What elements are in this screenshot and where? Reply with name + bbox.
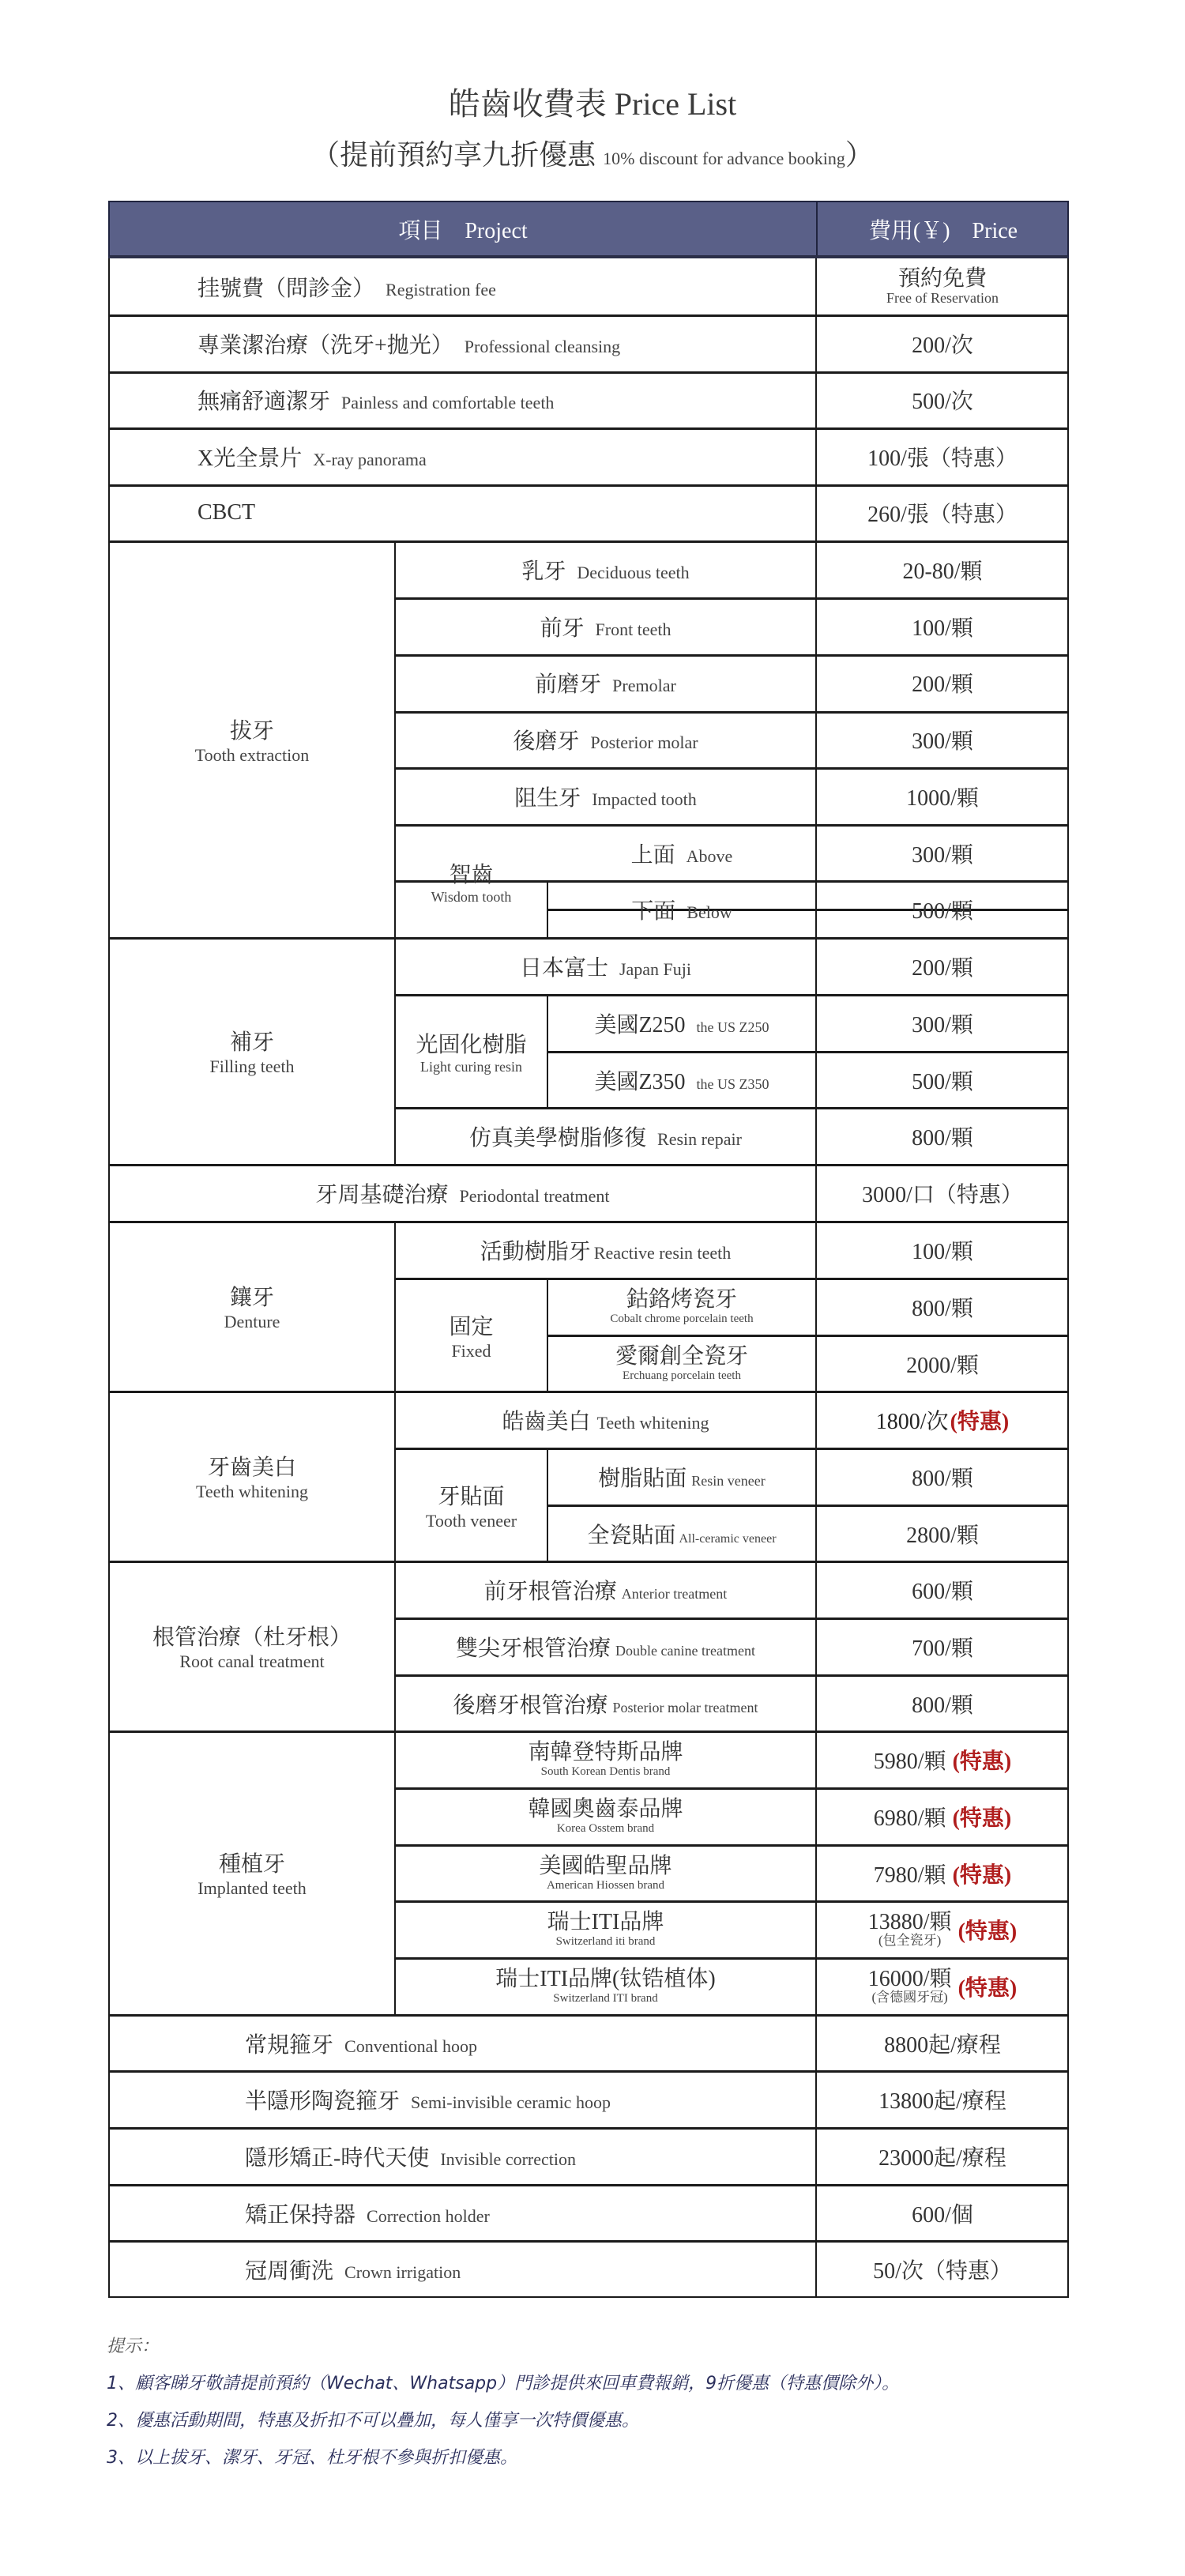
wisdom-item: 下面Below <box>548 881 815 937</box>
item-en: Registration fee <box>386 280 496 300</box>
row-tail: 冠周衝洗Crown irrigation <box>245 2241 814 2297</box>
item-zh: X光全景片 <box>197 441 302 473</box>
row-painless: 無痛舒適潔牙Painless and comfortable teeth <box>197 371 814 427</box>
item-zh: 全瓷貼面 <box>587 1518 675 1550</box>
item-en: Front teeth <box>596 620 671 640</box>
veneer-item: 全瓷貼面All-ceramic veneer <box>548 1505 815 1561</box>
veneer-price: 800/顆 <box>817 1448 1068 1505</box>
price-value: 600/個 <box>912 2198 973 2229</box>
fixed-price: 2000/顆 <box>817 1335 1068 1392</box>
light-resin-item: 美國Z350the US Z350 <box>548 1052 815 1108</box>
item-zh: 下面 <box>631 894 675 925</box>
special-badge: (特惠) <box>950 1404 1010 1436</box>
item-en: Anterior treatment <box>622 1586 727 1602</box>
item-zh: 後磨牙 <box>513 724 579 755</box>
group-zh: 鑲牙 <box>230 1280 274 1312</box>
item-zh: 仿真美學樹脂修復 <box>469 1120 646 1152</box>
page-subtitle: （提前預約享九折優惠 10% discount for advance book… <box>0 136 1185 178</box>
item-en: Periodontal treatment <box>460 1186 610 1207</box>
implant-item: 美國皓聖品牌American Hiossen brand <box>396 1845 815 1901</box>
group-en: Filling teeth <box>210 1056 295 1077</box>
item-zh: 美國Z250 <box>594 1007 685 1039</box>
group-zh: 智齒 <box>449 857 493 889</box>
price-value: 3000/口（特惠） <box>862 1177 1023 1209</box>
price-note: Free of Reservation <box>886 291 999 306</box>
item-en: Posterior molar <box>590 733 698 753</box>
root-canal-price: 600/顆 <box>817 1561 1068 1618</box>
price-value: 800/顆 <box>912 1120 973 1152</box>
fixed-group: 固定 Fixed <box>396 1279 547 1392</box>
price-tail: 600/個 <box>817 2185 1068 2241</box>
item-en: Impacted tooth <box>592 789 697 810</box>
filling-item: 仿真美學樹脂修復Resin repair <box>396 1108 815 1164</box>
group-zh: 牙貼面 <box>438 1479 504 1511</box>
subtitle-zh: （提前預約享九折優惠 <box>311 139 596 171</box>
implant-price: 7980/顆(特惠) <box>817 1845 1068 1901</box>
notes-section: 提示： 1、顧客睇牙敬請提前預約（Wechat、Whatsapp）門診提供來回車… <box>107 2328 899 2476</box>
item-zh: 瑞士ITI品牌 <box>547 1911 664 1935</box>
root-canal-item: 後磨牙根管治療Posterior molar treatment <box>396 1675 815 1731</box>
extraction-item: 乳牙Deciduous teeth <box>396 541 815 597</box>
item-en: Conventional hoop <box>344 2036 477 2057</box>
item-en: Japan Fuji <box>619 959 691 980</box>
price-value: 800/顆 <box>912 1688 973 1719</box>
item-en: Korea Osstem brand <box>557 1822 654 1836</box>
item-zh: 瑞士ITI品牌(钛锆植体) <box>495 1968 715 1992</box>
light-resin-price: 300/顆 <box>817 995 1068 1051</box>
implant-price: 16000/顆(含德國牙冠) (特惠) <box>817 1958 1068 2014</box>
group-zh: 拔牙 <box>230 714 274 745</box>
item-en: Deciduous teeth <box>577 563 689 583</box>
price-value: 2000/顆 <box>906 1348 979 1380</box>
price-value: 300/顆 <box>912 724 973 755</box>
price-value: 500/顆 <box>912 1064 973 1096</box>
page-title: 皓齒收費表 Price List <box>0 82 1185 126</box>
row-periodontal: 牙周基礎治療Periodontal treatment <box>110 1165 815 1221</box>
row-tail: 常規箍牙Conventional hoop <box>245 2015 814 2071</box>
group-en: Denture <box>224 1312 280 1332</box>
row-registration: 挂號費（問診金）Registration fee <box>197 258 814 314</box>
item-en: the US Z250 <box>697 1019 769 1036</box>
item-en: the US Z350 <box>697 1076 769 1093</box>
item-zh: 美國皓聖品牌 <box>539 1855 671 1879</box>
extraction-price: 20-80/顆 <box>817 541 1068 597</box>
item-en: American Hiossen brand <box>547 1879 664 1892</box>
note-item: 3、以上拔牙、潔牙、牙冠、杜牙根不參與折扣優惠。 <box>107 2439 899 2476</box>
item-en: Posterior molar treatment <box>613 1700 758 1716</box>
root-canal-item: 前牙根管治療Anterior treatment <box>396 1561 815 1618</box>
item-en: Switzerland ITI brand <box>553 1992 657 2005</box>
item-zh: 雙尖牙根管治療 <box>456 1631 611 1663</box>
group-root-canal: 根管治療（杜牙根） Root canal treatment <box>110 1561 394 1731</box>
group-extraction: 拔牙 Tooth extraction <box>110 541 394 938</box>
item-en: Switzerland iti brand <box>556 1935 656 1949</box>
veneer-price: 2800/顆 <box>817 1505 1068 1561</box>
item-zh: 南韓登特斯品牌 <box>528 1741 683 1765</box>
item-zh: 無痛舒適潔牙 <box>197 384 330 416</box>
extraction-price: 100/顆 <box>817 598 1068 654</box>
root-canal-price: 700/顆 <box>817 1618 1068 1674</box>
item-zh: 前牙根管治療 <box>484 1574 617 1606</box>
extraction-price: 200/顆 <box>817 654 1068 710</box>
extraction-price: 300/顆 <box>817 711 1068 767</box>
price-value: 200/次 <box>912 328 973 360</box>
item-zh: 樹脂貼面 <box>598 1461 687 1493</box>
item-en: Crown irrigation <box>344 2262 461 2283</box>
implant-price: 6980/顆(特惠) <box>817 1788 1068 1844</box>
item-zh: CBCT <box>197 500 255 525</box>
price-stack: 16000/顆(含德國牙冠) <box>868 1968 952 2005</box>
item-zh: 挂號費（問診金） <box>197 271 374 303</box>
price-value: 800/顆 <box>912 1291 973 1323</box>
subtitle-close: ） <box>845 139 874 171</box>
price-value: 13800起/療程 <box>878 2084 1006 2115</box>
group-en: Light curing resin <box>420 1059 522 1075</box>
price-tail: 8800起/療程 <box>817 2015 1068 2071</box>
row-tail: 隱形矯正-時代天使Invisible correction <box>245 2128 814 2184</box>
item-zh: 鈷鉻烤瓷牙 <box>626 1288 737 1312</box>
price-tail: 50/次（特惠） <box>817 2241 1068 2297</box>
col-project-header: 項目 Project <box>110 202 816 255</box>
price-value: 600/顆 <box>912 1574 973 1606</box>
extraction-price: 1000/顆 <box>817 768 1068 824</box>
subtitle-en: 10% discount for advance booking <box>603 149 845 168</box>
item-en: Cobalt chrome porcelain teeth <box>610 1312 753 1326</box>
item-zh: 前牙 <box>540 611 585 642</box>
item-en: Professional cleansing <box>465 337 620 357</box>
item-en: Premolar <box>612 676 676 696</box>
group-zh: 種植牙 <box>219 1847 285 1878</box>
item-zh: 上面 <box>631 838 675 869</box>
special-badge: (特惠) <box>953 1744 1012 1776</box>
row-cbct: CBCT <box>197 484 814 540</box>
price-value: 預約免費 <box>898 267 987 290</box>
extraction-item: 阻生牙Impacted tooth <box>396 768 815 824</box>
implant-price: 5980/顆(特惠) <box>817 1731 1068 1787</box>
table-header: 項目 Project 費用(￥) Price <box>108 201 1069 258</box>
item-en: South Korean Dentis brand <box>541 1765 671 1779</box>
light-resin-price: 500/顆 <box>817 1052 1068 1108</box>
price-value: 7980/顆 <box>874 1858 946 1889</box>
item-en: Painless and comfortable teeth <box>341 393 554 413</box>
group-en: Root canal treatment <box>179 1651 324 1672</box>
item-en: Resin veneer <box>691 1473 765 1489</box>
special-badge: (特惠) <box>953 1801 1012 1832</box>
fixed-price: 800/顆 <box>817 1279 1068 1335</box>
item-en: Below <box>687 902 732 923</box>
note-item: 1、顧客睇牙敬請提前預約（Wechat、Whatsapp）門診提供來回車費報銷，… <box>107 2365 899 2402</box>
item-zh: 日本富士 <box>520 951 608 982</box>
group-zh: 牙齒美白 <box>208 1450 296 1482</box>
item-zh: 後磨牙根管治療 <box>453 1688 608 1719</box>
price-value: 6980/顆 <box>874 1801 946 1832</box>
veneer-item: 樹脂貼面Resin veneer <box>548 1448 815 1505</box>
price-value: 13880/顆 <box>868 1911 952 1934</box>
price-value: 23000起/療程 <box>878 2141 1006 2172</box>
price-value: 700/顆 <box>912 1631 973 1663</box>
price-value: 8800起/療程 <box>884 2028 1001 2059</box>
implant-item: 韓國奧齒泰品牌Korea Osstem brand <box>396 1788 815 1844</box>
item-en: All-ceramic veneer <box>679 1532 776 1546</box>
price-value: 1800/次 <box>876 1404 949 1436</box>
group-en: Tooth veneer <box>426 1511 517 1531</box>
item-en: Semi-invisible ceramic hoop <box>411 2092 611 2113</box>
price-stack: 13880/顆(包全瓷牙) <box>868 1911 952 1948</box>
implant-item: 南韓登特斯品牌South Korean Dentis brand <box>396 1731 815 1787</box>
price-painless: 500/次 <box>817 371 1068 427</box>
fixed-item: 愛爾創全瓷牙Erchuang porcelain teeth <box>548 1335 815 1392</box>
special-badge: (特惠) <box>953 1858 1012 1889</box>
price-value: 5980/顆 <box>874 1744 946 1776</box>
filling-item: 日本富士Japan Fuji <box>396 938 815 994</box>
item-en: Invisible correction <box>440 2149 576 2170</box>
veneer-group: 牙貼面 Tooth veneer <box>396 1448 547 1561</box>
wisdom-price: 300/顆 <box>817 825 1068 881</box>
extraction-item: 前磨牙Premolar <box>396 654 815 710</box>
price-periodontal: 3000/口（特惠） <box>817 1165 1068 1221</box>
implant-item: 瑞士ITI品牌Switzerland iti brand <box>396 1901 815 1957</box>
price-tail: 13800起/療程 <box>817 2071 1068 2127</box>
item-zh: 美國Z350 <box>594 1064 685 1096</box>
whitening-price: 1800/次(特惠) <box>817 1392 1068 1448</box>
row-xray: X光全景片X-ray panorama <box>197 428 814 484</box>
price-cleansing: 200/次 <box>817 315 1068 371</box>
extraction-item: 前牙Front teeth <box>396 598 815 654</box>
row-tail: 半隱形陶瓷箍牙Semi-invisible ceramic hoop <box>245 2071 814 2127</box>
item-zh: 矯正保持器 <box>245 2198 355 2229</box>
item-zh: 專業潔治療（洗牙+拋光） <box>197 328 453 360</box>
price-tail: 23000起/療程 <box>817 2128 1068 2184</box>
price-value: 300/顆 <box>912 838 973 869</box>
wisdom-group: 智齒 Wisdom tooth <box>396 825 547 938</box>
row-cleansing: 專業潔治療（洗牙+拋光）Professional cleansing <box>197 315 814 371</box>
item-zh: 愛爾創全瓷牙 <box>615 1345 748 1369</box>
group-denture: 鑲牙 Denture <box>110 1222 394 1391</box>
price-value: 100/張（特惠） <box>867 441 1018 473</box>
price-value: 50/次（特惠） <box>873 2254 1012 2285</box>
price-value: 100/顆 <box>912 611 973 642</box>
price-value: 200/顆 <box>912 951 973 982</box>
filling-price: 200/顆 <box>817 938 1068 994</box>
price-value: 200/顆 <box>912 667 973 699</box>
wisdom-item: 上面Above <box>548 825 815 881</box>
group-implant: 種植牙 Implanted teeth <box>110 1731 394 2014</box>
fixed-item: 鈷鉻烤瓷牙Cobalt chrome porcelain teeth <box>548 1279 815 1335</box>
group-zh: 根管治療（杜牙根） <box>152 1620 352 1651</box>
root-canal-item: 雙尖牙根管治療Double canine treatment <box>396 1618 815 1674</box>
price-value: 16000/顆 <box>868 1968 952 1990</box>
price-value: 800/顆 <box>912 1461 973 1493</box>
item-zh: 韓國奧齒泰品牌 <box>528 1798 683 1822</box>
item-zh: 乳牙 <box>521 554 566 586</box>
item-en: Above <box>687 846 733 867</box>
denture-item: 活動樹脂牙Reactive resin teeth <box>396 1222 815 1278</box>
price-note: (含德國牙冠) <box>872 1990 948 2005</box>
special-badge: (特惠) <box>958 1971 1018 2002</box>
row-tail: 矯正保持器Correction holder <box>245 2185 814 2241</box>
item-zh: 前磨牙 <box>535 667 601 699</box>
price-value: 1000/顆 <box>906 781 979 812</box>
light-resin-item: 美國Z250the US Z250 <box>548 995 815 1051</box>
group-en: Fixed <box>451 1341 491 1361</box>
item-zh: 常規箍牙 <box>245 2028 333 2059</box>
item-en: Resin repair <box>657 1129 742 1150</box>
item-en: Erchuang porcelain teeth <box>623 1369 741 1383</box>
extraction-item: 後磨牙Posterior molar <box>396 711 815 767</box>
filling-price: 800/顆 <box>817 1108 1068 1164</box>
price-value: 500/顆 <box>912 894 973 925</box>
group-en: Implanted teeth <box>197 1878 306 1899</box>
price-value: 2800/顆 <box>906 1518 979 1550</box>
group-en: Tooth extraction <box>195 745 309 766</box>
item-zh: 皓齒美白 <box>502 1404 590 1436</box>
price-value: 20-80/顆 <box>902 554 982 586</box>
price-note: (包全瓷牙) <box>878 1934 941 1948</box>
group-filling: 補牙 Filling teeth <box>110 938 394 1164</box>
price-registration: 預約免費 Free of Reservation <box>817 258 1068 314</box>
price-value: 500/次 <box>912 384 973 416</box>
note-item: 2、優惠活動期間，特惠及折扣不可以疊加，每人僅享一次特價優惠。 <box>107 2402 899 2439</box>
item-zh: 隱形矯正-時代天使 <box>245 2141 429 2172</box>
item-zh: 牙周基礎治療 <box>315 1177 448 1209</box>
item-zh: 阻生牙 <box>514 781 581 812</box>
notes-heading: 提示： <box>107 2328 899 2365</box>
group-whitening: 牙齒美白 Teeth whitening <box>110 1392 394 1561</box>
item-zh: 半隱形陶瓷箍牙 <box>245 2084 400 2115</box>
item-en: X-ray panorama <box>313 450 427 470</box>
price-xray: 100/張（特惠） <box>817 428 1068 484</box>
group-zh: 光固化樹脂 <box>416 1027 526 1059</box>
item-en: Correction holder <box>367 2206 490 2227</box>
whitening-item: 皓齒美白Teeth whitening <box>396 1392 815 1448</box>
col-price-header: 費用(￥) Price <box>818 202 1069 255</box>
light-resin-group: 光固化樹脂 Light curing resin <box>396 995 547 1108</box>
root-canal-price: 800/顆 <box>817 1675 1068 1731</box>
group-zh: 補牙 <box>230 1025 274 1056</box>
price-value: 300/顆 <box>912 1007 973 1039</box>
denture-price: 100/顆 <box>817 1222 1068 1278</box>
item-zh: 冠周衝洗 <box>245 2254 333 2285</box>
implant-price: 13880/顆(包全瓷牙) (特惠) <box>817 1901 1068 1957</box>
price-cbct: 260/張（特惠） <box>817 484 1068 540</box>
group-en: Wisdom tooth <box>431 889 512 906</box>
group-en: Teeth whitening <box>196 1482 308 1502</box>
item-en: Double canine treatment <box>615 1643 755 1659</box>
price-value: 100/顆 <box>912 1234 973 1266</box>
implant-item: 瑞士ITI品牌(钛锆植体)Switzerland ITI brand <box>396 1958 815 2014</box>
wisdom-price: 500/顆 <box>817 881 1068 937</box>
group-zh: 固定 <box>449 1309 493 1341</box>
item-zh: 活動樹脂牙 <box>480 1234 591 1266</box>
item-en: Reactive resin teeth <box>594 1243 731 1264</box>
price-value: 260/張（特惠） <box>867 497 1018 529</box>
special-badge: (特惠) <box>958 1914 1018 1945</box>
item-en: Teeth whitening <box>596 1413 709 1433</box>
